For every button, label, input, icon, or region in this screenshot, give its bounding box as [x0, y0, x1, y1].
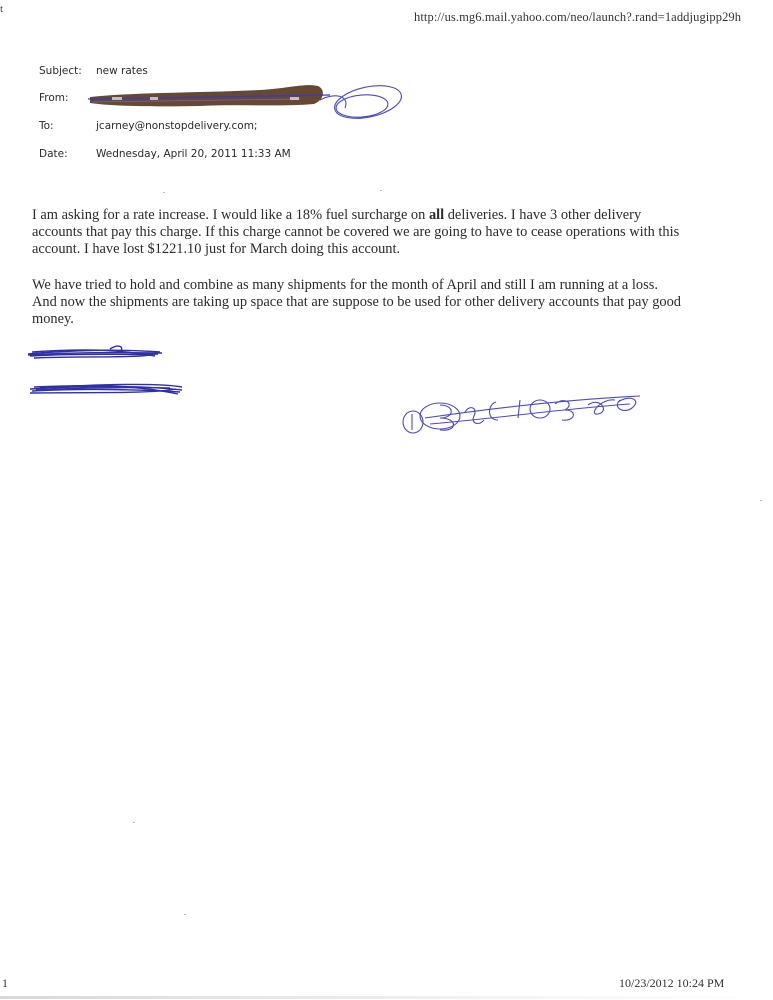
subject-label: Subject: — [39, 65, 96, 77]
to-label: To: — [39, 120, 96, 132]
scan-speck — [163, 192, 165, 193]
body-paragraph-1: I am asking for a rate increase. I would… — [32, 207, 682, 258]
printed-timestamp: 10/23/2012 10:24 PM — [619, 976, 724, 991]
from-redaction-marker — [88, 85, 330, 106]
subject-row: Subject:new rates — [39, 65, 148, 77]
print-url: http://us.mg6.mail.yahoo.com/neo/launch?… — [414, 10, 741, 25]
paragraph-1-text-a: I am asking for a rate increase. I would… — [32, 207, 429, 223]
paragraph-1-bold: all — [429, 207, 444, 223]
handwritten-signature — [403, 396, 640, 433]
scan-speck — [133, 822, 135, 823]
from-redaction-loops — [320, 80, 404, 123]
scan-speck — [184, 914, 186, 915]
signature-contact-redaction — [30, 384, 182, 394]
to-value: jcarney@nonstopdelivery.com; — [96, 120, 257, 132]
date-row: Date:Wednesday, April 20, 2011 11:33 AM — [39, 148, 291, 160]
from-row: From: — [39, 92, 96, 104]
date-label: Date: — [39, 148, 96, 160]
to-row: To:jcarney@nonstopdelivery.com; — [39, 120, 257, 132]
page-number: 1 — [2, 976, 8, 991]
body-paragraph-2: We have tried to hold and combine as man… — [32, 277, 682, 328]
from-label: From: — [39, 92, 96, 104]
date-value: Wednesday, April 20, 2011 11:33 AM — [96, 148, 291, 160]
page-corner-mark: t — [0, 3, 3, 15]
scan-speck — [760, 500, 762, 501]
scan-speck — [380, 190, 382, 191]
subject-value: new rates — [96, 65, 148, 77]
signature-name-redaction — [28, 346, 162, 358]
scan-edge — [0, 996, 773, 999]
paragraph-2-text: We have tried to hold and combine as man… — [32, 277, 682, 328]
